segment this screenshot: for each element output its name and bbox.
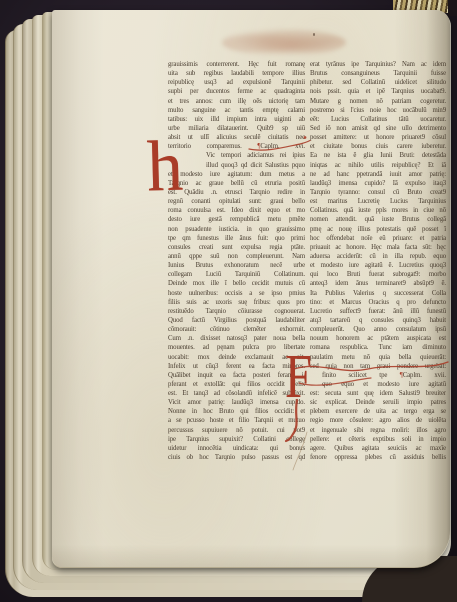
rubricated-initial-f: F: [285, 346, 312, 408]
text-line: regio more cōsulere: agro alios de uiolē…: [310, 416, 446, 425]
chapter-pre-text: finito scilicet tpe: [322, 372, 387, 379]
paragraph-lines: Vic tempori adiciamus rei ipiusillud quo…: [168, 151, 305, 462]
ink-speck: [313, 33, 315, 36]
text-line: hoste uulneribus: occisis a se ipso pmiu…: [168, 289, 305, 298]
text-line: tatibus: uix illd impium intra uiginti a…: [168, 115, 305, 124]
text-line: pmę ac nouę illius potestatis quē posset…: [310, 225, 446, 234]
chapter-heading-line: territorio comparemus. ¶Caplm. xvi.: [168, 142, 305, 151]
text-line: iniqtas ac nihilo utilis reipublicę? Et …: [310, 161, 446, 170]
text-line: est maritus Lucretię Lucius Tarquinius: [310, 197, 446, 206]
text-line: nouum honorem ac ptātem auspicata est: [310, 334, 446, 343]
text-line: Iunius Brutus exhonoratum necē urbe: [168, 261, 305, 270]
text-line: uita sub regibus laudabili tempore illiu…: [168, 69, 305, 78]
text-line: ipe Tarqnius supuixit? Collatini collegę: [168, 435, 305, 444]
text-line: Cum .n. dixisset natosq3 pater noua bell…: [168, 334, 305, 343]
chapter-label: Caplm. xvii.: [403, 372, 446, 379]
text-line: et ingenuale sibi regna moliri: illos ag…: [310, 426, 446, 435]
text-line: tino: et Marcus Oracius q pro defuncto: [310, 298, 446, 307]
text-line: urbe miliaria dilatauerint. Quib9 sp uiū: [168, 124, 305, 133]
text-line: reipublicę usq3 ad expulsionē Tarquinii: [168, 78, 305, 87]
text-line: romana respublica. Tunc iam diminuto: [310, 343, 446, 352]
faded-inscription: [222, 29, 346, 56]
text-line: compleuerūt. Quo anno consulatum ipsū: [310, 325, 446, 334]
text-line: nomen attendit. quā iuste Brutus collegā: [310, 215, 446, 224]
paragraph-lines: erat tyrānus ipe Tarquinius? Nam ac idem…: [310, 60, 446, 371]
photo-of-open-incunabulum: grauissimis conterrerent. Hęc fuit roman…: [0, 0, 457, 602]
text-line: et modesto iure agitatū ē. Lucretius quo…: [310, 261, 446, 270]
text-line: phibetur. sed Collatinū uidelicet silitu…: [310, 78, 446, 87]
text-line: consules creati sunt expulsa regia ptāte…: [168, 243, 305, 252]
text-line: Brutus consanguineus Tarquinii fuisse: [310, 69, 446, 78]
text-line: sic explicat. Deinde seruili impio patre…: [310, 398, 446, 407]
text-line: Vic tempori adiciamus rei ipius: [206, 151, 305, 160]
text-line: regnū conanti opitulati sunt: graui bell…: [168, 197, 305, 206]
text-line: annū qppe suū non compleuerunt. Nam: [168, 252, 305, 261]
text-line: ciuis ob hoc Tarqnio pulso passus est qd: [168, 453, 305, 462]
text-column-right: erat tyrānus ipe Tarquinius? Nam ac idem…: [310, 60, 446, 462]
text-line: posset amittere: ut honore priuaret9 cōs…: [310, 133, 446, 142]
text-line: Ea ne ista ē glia Iunii Bruti: detestāda: [310, 151, 446, 160]
text-line: anteq3 idem ānus terminaret9 absūpt9 ē.: [310, 279, 446, 288]
text-line: atq3 tartareū q consules quinq3 habuit: [310, 316, 446, 325]
text-line: percussus supuiuere nō potuit. cui pot9: [168, 426, 305, 435]
text-line: fenore oppressa plebes cū assiduis belli…: [310, 453, 446, 462]
text-line: nois pssit. quia et ipē Tarqnius uocabat…: [310, 87, 446, 96]
chapter-heading-line: finito scilicet tpe ¶Caplm. xvii.: [322, 371, 446, 380]
text-line: filiis suis ac uxoris suę fribus: quos p…: [168, 298, 305, 307]
text-line: eēt: Lucius Collatinus tātū uocaretur.: [310, 115, 446, 124]
paragraph-lines: quo equo et modesto iure agitatūest: sec…: [310, 380, 446, 462]
text-line: uidetur innocētia uindicata: qui bonus: [168, 444, 305, 453]
text-line: paulatim metu nō quia bella quieuerāt:: [310, 353, 446, 362]
text-line: aduersa acciderūt: cū in illa repub. equ…: [310, 252, 446, 261]
text-line: agere. Quibus agitata seuiciis ac maxīe: [310, 444, 446, 453]
text-line: cōmorauit: cōtinuo clemēter exhorruit.: [168, 325, 305, 334]
text-line: et modesto iure agitatum: dum metus a: [168, 170, 305, 179]
paragraph-lines: grauissimis conterrerent. Hęc fuit roman…: [168, 60, 305, 142]
text-line: restituēdo Tarqnio cōiurasse cognouerat.: [168, 307, 305, 316]
manuscript-page: grauissimis conterrerent. Hęc fuit roman…: [52, 10, 450, 568]
text-line: absit ut ullī alicuius seculē ciuitatis …: [168, 133, 305, 142]
text-line: plebem exercere de uita ac tergo erga se: [310, 407, 446, 416]
text-line: et tres annos: cum illę oēs uictorię tam: [168, 97, 305, 106]
text-line: multo sanguine ac tantis emptę calami: [168, 106, 305, 115]
text-line: est. Quādiu .n. etrusci Tarqnio redire i…: [168, 188, 305, 197]
text-line: ne ad hanc ppetrandā iuuit amor patrię:: [310, 170, 446, 179]
text-line: hoc offendebat noīe eū priuare: et patri…: [310, 234, 446, 243]
text-line: Sed iō non amisit qd sine ullo detriment…: [310, 124, 446, 133]
text-line: grauissimis conterrerent. Hęc fuit roman…: [168, 60, 305, 69]
rubricated-initial-h: h: [146, 130, 184, 203]
text-line: desto iure gestā rempublicā metu pmēte: [168, 215, 305, 224]
text-line: quo equo et modesto iure agitatū: [322, 380, 446, 389]
text-line: Tarqnio tyranno: consul cū Bruto creat9: [310, 188, 446, 197]
text-line: Deinde mox ille ī bello cecidit mutuis c…: [168, 279, 305, 288]
text-line: supbi per ducentos ferme ac quadraginta: [168, 87, 305, 96]
text-line: roma conuulsa est. Ideo dixit equo et mo: [168, 206, 305, 215]
text-line: postremo si l'cius noie hoc uocābulū min…: [310, 106, 446, 115]
text-line: Collatinus. quā iuste ppls mores in ciue…: [310, 206, 446, 215]
text-line: illud quoq3 qd dicit Salustius pquo: [206, 161, 305, 170]
text-line: qui loco Bruti fuerat subrogat9: morbo: [310, 270, 446, 279]
text-line: est: secuta sunt quę idem Salusti9 breui…: [310, 389, 446, 398]
text-line: tpe qm funestus ille ānus fuit: quo prim…: [168, 234, 305, 243]
text-line: erat tyrānus ipe Tarquinius? Nam ac idem: [310, 60, 446, 69]
text-line: Lucretio suffect9 fuerat: ānū illū funes…: [310, 307, 446, 316]
text-line: Tarqnio ac graue bellū cū etruria positū: [168, 179, 305, 188]
text-line: pellere: et cēteris exptibus soli in imp…: [310, 435, 446, 444]
text-line: Mutare g nomen nō patriam cogeretur.: [310, 97, 446, 106]
text-line: sed quia non tam graui pondere urgebāt:: [310, 362, 446, 371]
text-line: a se pcusso hoste et filio Tarqnii et mu…: [168, 416, 305, 425]
text-line: laudūq3 imensa cupido? Iā expulso itaq3: [310, 179, 446, 188]
text-line: Quod factū Virgilius postquā laudabilite…: [168, 316, 305, 325]
text-line: non psuadente iusticia. in quo grauissim…: [168, 225, 305, 234]
text-line: collegam Luciū Tarquiniū Collatinum.: [168, 270, 305, 279]
text-line: priuauit ac honore. Hęc mala facta sūt: …: [310, 243, 446, 252]
background-corner: [448, 0, 457, 16]
text-line: Ita Publius Valerius q successerat Colla: [310, 289, 446, 298]
text-line: et ciuitate bonus ciuis carere iuberetur…: [310, 142, 446, 151]
chapter-label: Caplm. xvi.: [260, 143, 305, 150]
